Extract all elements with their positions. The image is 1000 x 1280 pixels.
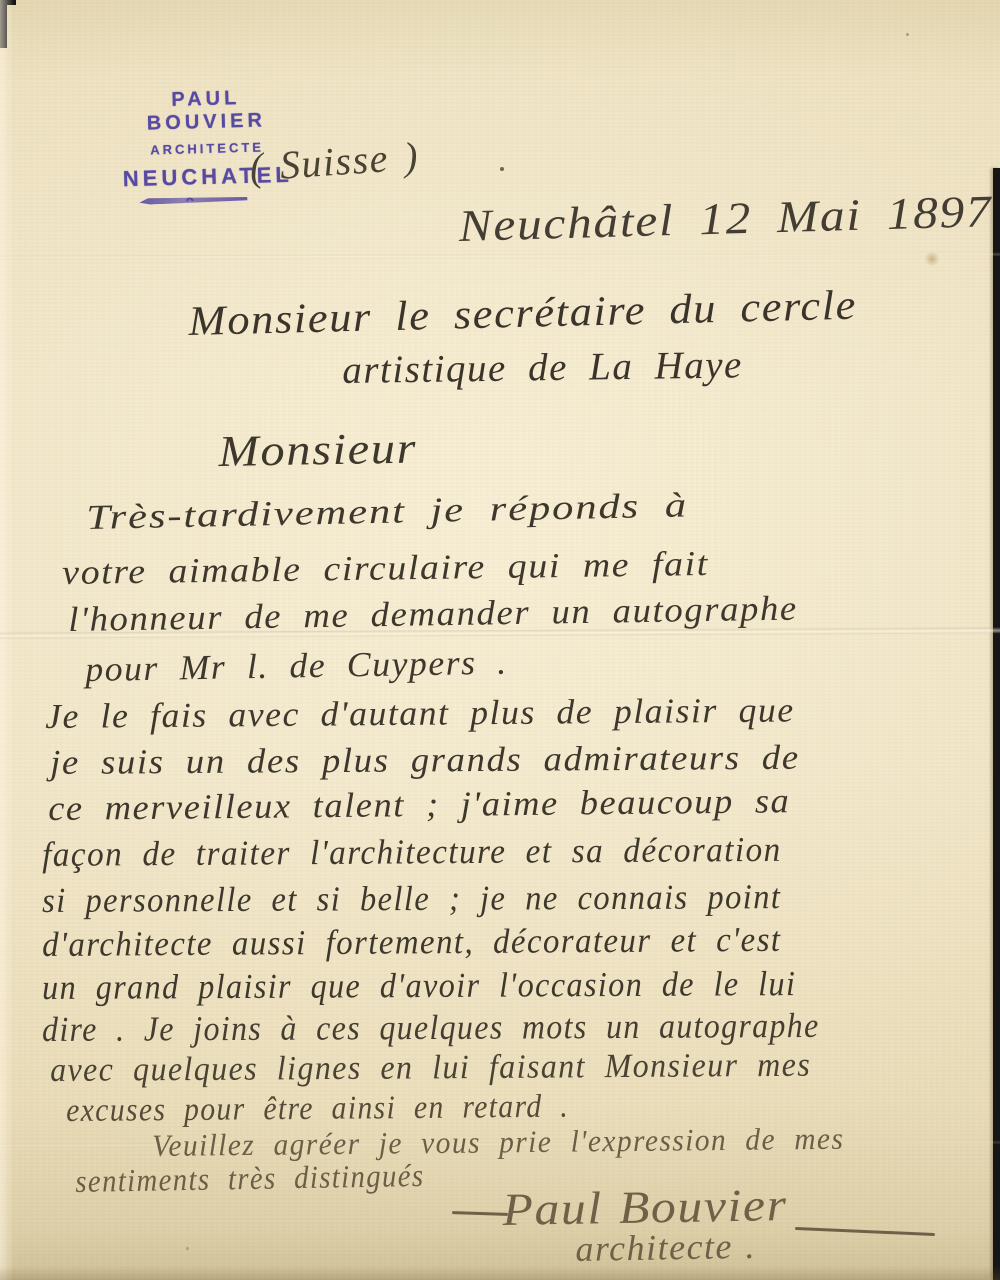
body-line: Je le fais avec d'autant plus de plaisir… (45, 690, 795, 737)
body-line: pour Mr l. de Cuypers . (85, 643, 508, 690)
scanned-letter-page: PAUL BOUVIER ARCHITECTE NEUCHATEL × ( Su… (0, 0, 1000, 1280)
body-line: un grand plaisir que d'avoir l'occasion … (42, 964, 796, 1008)
body-line: d'architecte aussi fortement, décorateur… (42, 920, 782, 965)
scan-edge-right (993, 168, 1000, 1280)
body-line: sentiments très distingués (75, 1157, 425, 1200)
scan-edge-top-left (0, 0, 7, 48)
recipient-line-2: artistique de La Haye (342, 342, 743, 393)
stamp-flourish-rule: × (139, 195, 247, 205)
fold-crease-upper (0, 252, 1000, 259)
ink-speck (186, 1247, 189, 1250)
paper-edge-left-highlight (0, 0, 14, 1280)
signature-flourish-right (795, 1227, 935, 1236)
body-line: l'honneur de me demander un autographe (68, 589, 798, 640)
body-line: avec quelques lignes en lui faisant Mons… (50, 1047, 811, 1090)
body-line: Veuillez agréer je vous prie l'expressio… (152, 1121, 845, 1164)
signature-flourish-left (452, 1211, 508, 1216)
body-line: dire . Je joins à ces quelques mots un a… (42, 1006, 820, 1050)
recipient-line-1: Monsieur le secrétaire du cercle (188, 282, 858, 346)
salutation: Monsieur (218, 423, 418, 477)
body-line: votre aimable circulaire qui me fait (62, 544, 709, 593)
foxing-stain (924, 252, 940, 266)
body-line: si personnelle et si belle ; je ne conna… (42, 877, 781, 921)
stamp-sender-name: PAUL BOUVIER (111, 86, 302, 137)
paper-edge-bottom-shadow (0, 1266, 1000, 1280)
signature-title: architecte . (575, 1225, 756, 1270)
body-line: Très-tardivement je réponds à (86, 485, 688, 538)
ink-speck (500, 167, 504, 171)
scan-edge-top-left-horizontal (0, 0, 16, 5)
body-line: ce merveilleux talent ; j'aime beaucoup … (48, 781, 791, 829)
dateline: Neuchâtel 12 Mai 1897 (458, 185, 993, 252)
body-line: je suis un des plus grands admirateurs d… (50, 738, 800, 783)
body-line: façon de traiter l'architecture et sa dé… (42, 830, 782, 875)
ink-speck (906, 33, 909, 36)
stamp-flourish-cross: × (185, 189, 194, 206)
